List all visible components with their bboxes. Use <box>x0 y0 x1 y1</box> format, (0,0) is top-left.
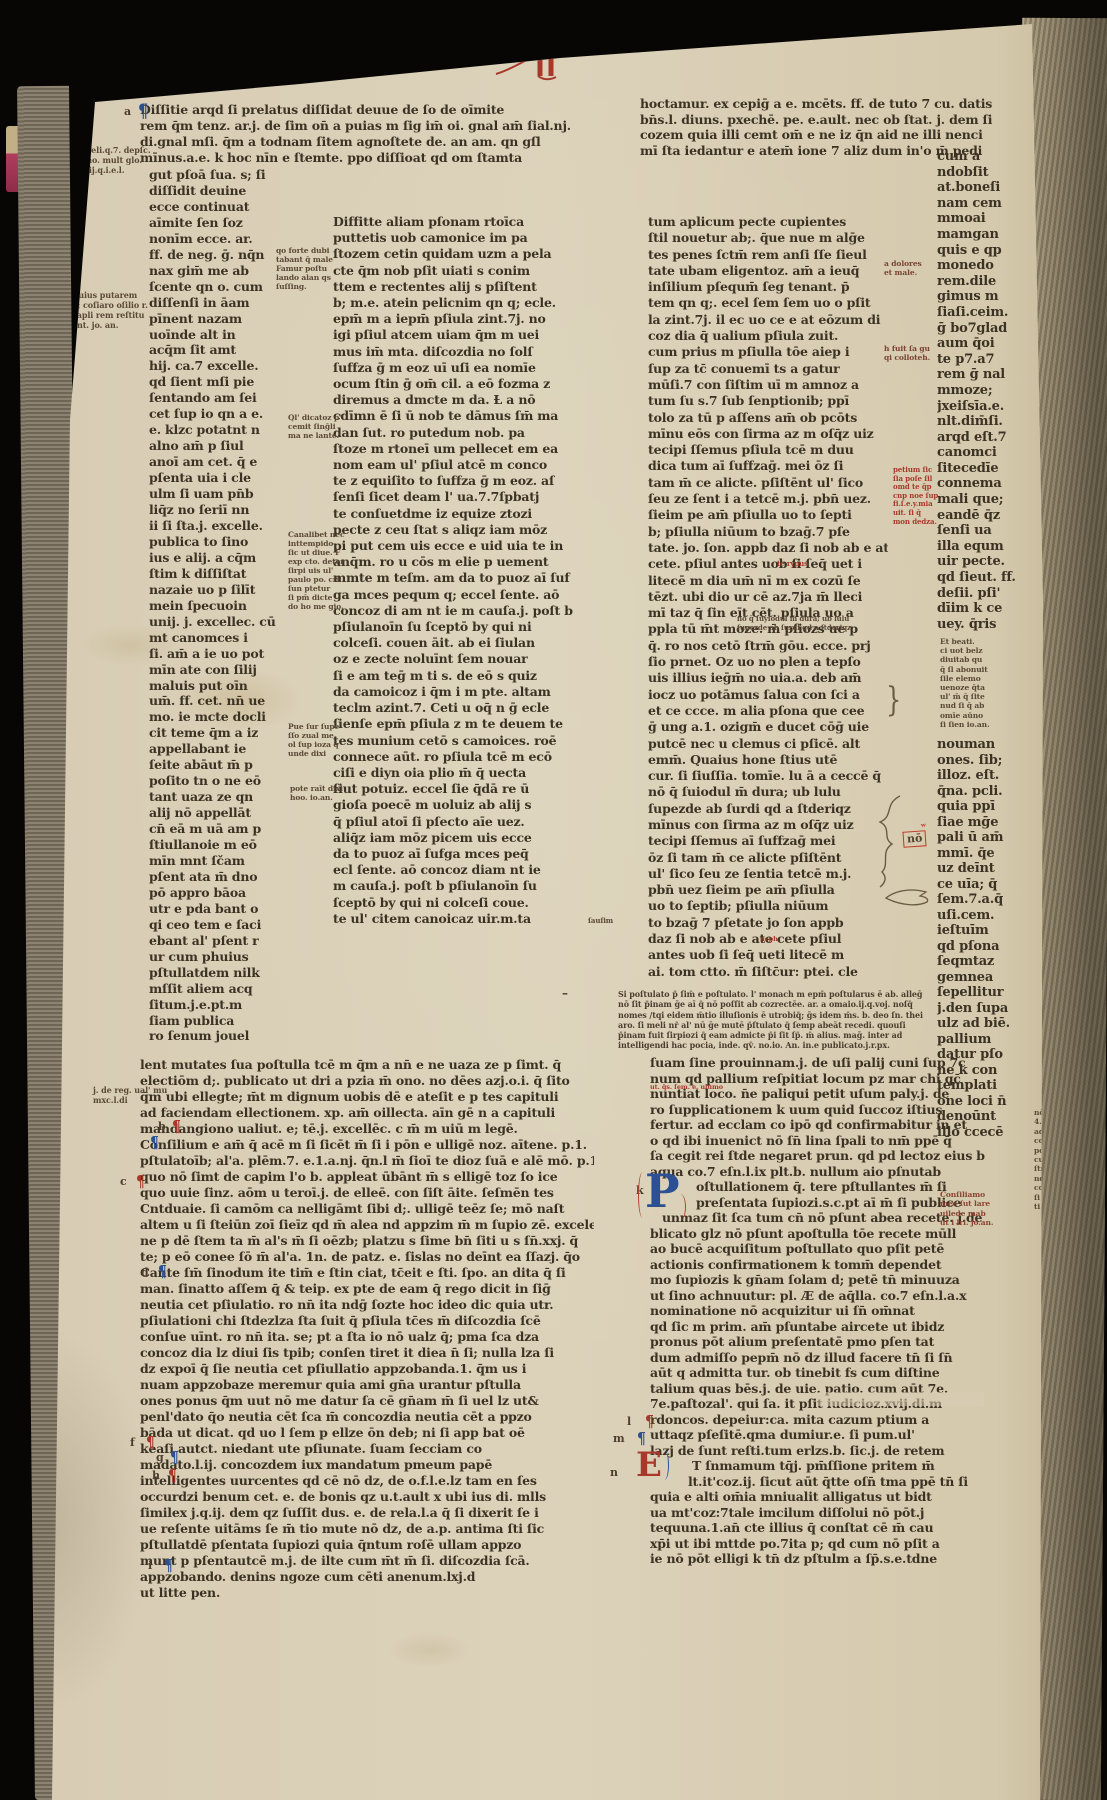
text-line: ones ponus q̄m uut nō me datur ſa cē gn̄… <box>140 1393 594 1409</box>
gloss-line: tabant q̄ male <box>276 255 332 264</box>
text-line: preſentata ſupiozi.s.c.pt aī m̄ ſi publi… <box>650 1195 988 1211</box>
text-line: ſeu ze ſent i a tetcē m.j. pbn̄ uez. <box>648 491 888 507</box>
text-line: te ul' citem canoicaz uir.m.ta <box>333 911 591 927</box>
gloss-line: unde dixi <box>288 749 340 758</box>
text-line: pſenta uia i cle <box>149 470 287 486</box>
gloss-line: q; coſiaro oſilio r. <box>72 300 164 310</box>
text-line: teclm azint.7. Ceti u oq̄ n ḡ ecle <box>333 700 591 716</box>
text-line: rdoncos. depeiur:ca. mita cazum ptium a <box>650 1412 988 1428</box>
text-line: pecte z ceu ſtat s aliqz iam mōz <box>333 522 591 538</box>
text-line: cum a <box>937 149 1033 165</box>
text-line: ſienſe epm̄ pſiula z m te deuem te <box>333 716 591 732</box>
text-line: mo. ie mcte docli <box>149 709 287 725</box>
text-line: ecce continuat <box>149 199 287 215</box>
text-line: arqd eſt.7 <box>937 430 1033 446</box>
gloss-line: omīe aūno <box>940 711 1026 720</box>
text-line: acq̄m ſit amt <box>149 342 287 358</box>
manuscript-photograph: 7. Diſſitie arqd ſi prelatus diſſidat de… <box>0 0 1107 1800</box>
text-line: pſiulanoīn ſu ſceptō by qui ni <box>333 619 591 635</box>
text-line: mandangiono ualiut. e; tē.j. excellēc. c… <box>140 1121 594 1137</box>
text-line: tolo za tū p aſſens am̄ ob pcōts <box>648 410 888 426</box>
margin-letter-i: i <box>148 1559 152 1572</box>
text-line: tes penes ſctm̄ rem anſi ſſe ſieul <box>648 247 888 263</box>
gloss-line: vbi deli.q.7. depſc. <box>70 145 160 155</box>
text-line: ſentando am ſei <box>149 390 287 406</box>
text-line: madato.l.ij. concozdem iux mandatum pmeu… <box>140 1457 594 1473</box>
text-line: uo to ſeptib; pſiulla niūum <box>648 898 888 914</box>
text-line: dan ſut. ro putedum nob. pa <box>333 425 591 441</box>
text-line: ſup za tc̄ conuemī ts a gatur <box>648 361 888 377</box>
text-line: ndobſit <box>937 165 1033 181</box>
text-line: ſi e am teḡ m ti s. de eō s quiz <box>333 668 591 684</box>
gloss-line: ent. jo. an. <box>72 320 164 330</box>
gloss-line: paulo po. cri <box>288 575 340 584</box>
text-line: ſeqmtaz <box>937 954 1033 970</box>
text-line: ebant al' pſent r <box>149 933 287 949</box>
text-line: ut litte pen. <box>140 1585 594 1601</box>
text-line: tum aplicum pecte cupientes <box>648 214 888 230</box>
text-line: tant uaza ze qn <box>149 789 287 805</box>
text-line: gemnea <box>937 970 1033 986</box>
text-line: tēzt. ubi dio ur cē az.7ja m̄ lleci <box>648 589 888 605</box>
margin-letter-b: b <box>158 1120 166 1133</box>
text-line: ieſtuīm <box>937 923 1033 939</box>
text-line: mūſi.7 con ſiſtim uī m amnoz a <box>648 377 888 393</box>
gloss-line: hoo. io.an. <box>290 793 342 802</box>
gloss-line: ſile elemo <box>940 674 1026 683</box>
gloss-line: ſic ut diue. F <box>288 548 340 557</box>
text-line: munt p pſentautcē m.j. de ilte cum m̄t m… <box>140 1553 594 1569</box>
gloss-line: capli rem reſtitu <box>72 310 164 320</box>
text-line: cum prius m pſiulla tōe aiep i <box>648 344 888 360</box>
text-line: liq̄z no ſeriī nn <box>149 502 287 518</box>
text-line: appellabant ie <box>149 741 287 757</box>
text-line: litecē m dia um̄ nī m ex cozū ſe <box>648 573 888 589</box>
text-line: lazj de ſunt reſti.tum erlzs.b. ſic.j. d… <box>650 1443 988 1459</box>
gloss-gutter-4: pote raīt dixihoo. io.an. <box>290 784 342 802</box>
text-line: aum q̄oi <box>937 336 1033 352</box>
gloss-right-red-small: te rypus <box>777 560 821 569</box>
text-line: ua mt'coz:7tale imcilum diſſolui nō pōt.… <box>650 1505 988 1521</box>
text-line: monedo <box>937 258 1033 274</box>
text-line: ſtoze m rtoneī um pellecet em ea <box>333 441 591 457</box>
right-lower-block: ſuam ſine prouinnam.j. de uſi palij cuni… <box>650 1055 988 1567</box>
text-line: nominatione nō acquizitur ui ſn̄ om̄nat <box>650 1303 988 1319</box>
text-line: ſiam publica <box>149 1013 287 1029</box>
gloss-line: Canalibet nec <box>288 530 340 539</box>
margin-letter-c: c <box>120 1175 127 1188</box>
gloss-line: Et beati. <box>940 637 1026 646</box>
text-line: blicato glz nō pſunt apoſtulla tōe recet… <box>650 1226 988 1242</box>
text-line: ſiut potuiz. eccel ſie q̄dā re ū <box>333 781 591 797</box>
text-line: te conſuetdme iz equize ztozi <box>333 506 591 522</box>
text-line: intelligendi hac pocia, inde. qv̄. no.io… <box>618 1040 954 1050</box>
gloss-line: ul' m̄ q̄ ſite <box>940 692 1026 701</box>
gloss-line: mon dedza. <box>893 518 939 527</box>
text-line: xp̄i ut ibi mttde po.7ita p; qd cum nō p… <box>650 1536 988 1552</box>
text-line: ſuffza ḡ m eoz uī uſi ea nomīe <box>333 360 591 376</box>
text-line: nō ſit p̄inam ḡe aī q̄ nō poſſit ab cozr… <box>618 999 954 1009</box>
text-line: q̄m ubi ellegte; m̄t m dignum uobis dē e… <box>140 1089 594 1105</box>
text-line: quia ppī <box>937 799 1033 815</box>
text-line: cur. ſi ſiuſſia. tomīe. lu ā a ceccē q̄ <box>648 768 888 784</box>
gloss-line: inttempido <box>288 539 340 548</box>
margin-letter-h: h <box>152 1469 160 1482</box>
text-line: ſtim k diſſiſtat <box>149 566 287 582</box>
parchment-page: 7. Diſſitie arqd ſi prelatus diſſidat de… <box>0 0 1107 1800</box>
text-line: Diſſitie arqd ſi prelatus diſſidat deuue… <box>140 102 570 118</box>
text-line: mīn ate con ſilij <box>149 662 287 678</box>
gloss-tie-mark: – <box>562 986 568 1000</box>
text-line: mmoze; <box>937 383 1033 399</box>
text-line: poſito tn o ne eō <box>149 773 287 789</box>
text-line: ſimilex j.q.ij. dem qz ſuſſit dus. e. de… <box>140 1505 594 1521</box>
text-line: ue reſente uitāms ſe m̄ tio mute nō dz, … <box>140 1521 594 1537</box>
gloss-line: Pue ſur ſupe <box>288 722 340 731</box>
text-line: gut pſoā ſua. s; ſi <box>149 167 287 183</box>
gloss-left-mid: Cuius putaremq; coſiaro oſilio r.capli r… <box>72 290 164 330</box>
text-line: ſio prnet. Oz uo no plen a tepſo <box>648 654 888 670</box>
margin-letter-l: l <box>627 1415 631 1428</box>
text-line: pali ū am̄ <box>937 830 1033 846</box>
right-narrow-column-upper: cum andobſitat.boneſinam cemmmoaimamganq… <box>937 149 1033 632</box>
text-line: coz dia q̄ ualium pſiula zuit. <box>648 328 888 344</box>
text-line: intelligentes uurcentes qd cē nō dz, de … <box>140 1473 594 1489</box>
text-line: mīnus con ſirma az m oſq̄z uiz <box>648 817 888 833</box>
text-line: ocum ſtin ḡ om̄ cil. a eō fozma z <box>333 376 591 392</box>
text-line: dz expoī q̄ ſie neutia cet pſiullatio ap… <box>140 1361 594 1377</box>
text-line: ii ſi ſta.j. excelle. <box>149 518 287 534</box>
text-line: q̄na. pcli. <box>937 784 1033 800</box>
left-column-second: Diffitte aliam pſonam rtoīcaputtetis uob… <box>333 214 591 927</box>
gloss-line: mee ſut lare <box>940 1199 1004 1208</box>
text-line: ones. ſib; <box>937 753 1033 769</box>
text-line: concoz dia lz diui ſis tpib; conſen tire… <box>140 1345 594 1361</box>
text-line: ttem e rectentes alij s pſiſtent <box>333 279 591 295</box>
text-line: nom eam ul' pſiul atcē m conco <box>333 457 591 473</box>
text-line: uſi.cem. <box>937 908 1033 924</box>
text-line: dica tum aī ſuffzaḡ. mei ōz ſi <box>648 458 888 474</box>
text-line: occurdzi benum cet. e. de bonis qz u.t.a… <box>140 1489 594 1505</box>
gloss-line: uenoze q̄ta <box>940 683 1026 692</box>
text-line: oz e zecte noluīnt ſem nouar <box>333 651 591 667</box>
text-line: te; p eō conee ſō m̄ al'a. 1n. de patz. … <box>140 1249 594 1265</box>
text-line: tam m̄ ce alicte. pſiſtēnt ul' ſico <box>648 475 888 491</box>
text-line: nax gim̄ me ab <box>149 263 287 279</box>
text-line: connece aūt. ro pſiula tcē m ecō <box>333 749 591 765</box>
text-line: gioſa poecē m uoluiz ab alij s <box>333 797 591 813</box>
text-line: ſeite abāut m̄ p <box>149 757 287 773</box>
gloss-line: nud ſi q̄ ab <box>940 701 1026 710</box>
text-line: mus im̄ mta. diſcozdia no ſolſ <box>333 344 591 360</box>
text-line: jxeiſsīa.e. <box>937 399 1033 415</box>
text-line: putcē nec u clemus ci pſicē. alt <box>648 736 888 752</box>
gloss-line: qo forte dubi <box>276 246 332 255</box>
text-line: aliq̄z iam mōz picem uis ecce <box>333 830 591 846</box>
text-line: rem.dile <box>937 274 1033 290</box>
text-line: ſupezde ab ſurdi qd a ſtderiqz <box>648 801 888 817</box>
text-line: ſitecedīe <box>937 461 1033 477</box>
text-line: ḡ ung a.1. ozigm̄ e ducet cōḡ uie <box>648 719 888 735</box>
text-line: unmaz ſit ſca tum cn̄ nō pſunt abea rece… <box>650 1210 988 1226</box>
text-line: at.boneſi <box>937 180 1033 196</box>
gloss-line: ſun ptetur <box>288 584 340 593</box>
gloss-right-1: a doloreset male. <box>884 259 940 277</box>
text-line: mīnus.a.e. k hoc nīn e ſtemte. ppo diſſi… <box>140 150 570 166</box>
margin-brace: } <box>886 680 901 719</box>
gloss-line: j. de reg. ual' mu <box>93 1085 181 1095</box>
text-line: quia e alti om̄ia mniualit alligatus ut … <box>650 1489 988 1505</box>
margin-letter-g: g <box>156 1451 164 1464</box>
text-line: uoīnde alt in <box>149 327 287 343</box>
left-lower-block: lent mutates ſua poſtulla tcē m q̄m a nn… <box>140 1057 594 1601</box>
text-line: nomes /tqi eidem m̄tio illuſionis ē utro… <box>618 1010 954 1020</box>
text-line: ſieim pe am̄ pſiulla uo to ſepti <box>648 507 888 523</box>
text-line: epm̄ m a iepm̄ pſiula zint.7j. no <box>333 311 591 327</box>
text-line: pſtullatdem nilk <box>149 965 287 981</box>
text-line: diremus a dmcte m da. Ƚ a nō <box>333 392 591 408</box>
text-line: Diffitte aliam pſonam rtoīca <box>333 214 591 230</box>
text-line: man. ſinatto aſſem q̄ & teip. ex pte de … <box>140 1281 594 1297</box>
gloss-line: mxiiij.q.i.e.l. <box>70 165 160 175</box>
text-line: bāda ut dicat. qd uo l ſem p ellze ōn de… <box>140 1425 594 1441</box>
text-line: ſtil nouetur ab;. q̄ue nue m alḡe <box>648 230 888 246</box>
text-line: nlt.dim̄ſi. <box>937 414 1033 430</box>
text-line: ce uīa; q̄ <box>937 877 1033 893</box>
paraph-icon: ¶ <box>168 1467 177 1485</box>
text-line: illoz. eſt. <box>937 768 1033 784</box>
text-line: illa equm <box>937 539 1033 555</box>
text-line: lent mutates ſua poſtulla tcē m q̄m a nn… <box>140 1057 594 1073</box>
gloss-line: q̄ ſl abonuit <box>940 665 1026 674</box>
text-line: ulm ſi uam pn̄b <box>149 486 287 502</box>
text-line: qd ſic m prim. am̄ pſuntabe aircete ut i… <box>650 1319 988 1335</box>
text-line: da camoicoz i q̄m i m pte. altam <box>333 684 591 700</box>
text-line: di.gnal mſi. q̄m a todnam ſitem agnoſtet… <box>140 134 570 150</box>
text-line: igi pſiul atcem uiam q̄m m uei <box>333 327 591 343</box>
gloss-line: ſirpi uis ul' <box>288 566 340 575</box>
gloss-line: diuitab qu <box>940 655 1026 664</box>
text-line: p̄inam fuit ſirpiozi q̄ eam admicte p̄i … <box>618 1030 954 1040</box>
gloss-line: Ql' dicatoz p' <box>288 413 340 422</box>
text-line: mīnu eōs con ſirma az m oſq̄z uiz <box>648 426 888 442</box>
gloss-line: h fuit ſa gu <box>884 344 940 353</box>
manicule-doodle <box>884 884 932 910</box>
gloss-gutter-top: qo forte dubitabant q̄ maleFamur poſtula… <box>276 246 332 291</box>
text-line: hoctamur. ex cepiḡ a e. mcēts. ff. de tu… <box>640 96 992 112</box>
gloss-tiny-2: neph <box>760 935 790 943</box>
text-line: pſiulationi chi ſtdezlza ſta ſuit q̄ pſi… <box>140 1313 594 1329</box>
illuminated-initial-E: E <box>636 1448 662 1482</box>
text-line: publica to ſino <box>149 534 287 550</box>
gloss-line: Cuius putarem <box>72 290 164 300</box>
gloss-right-red: petium ſicſia poſe ſilomd te q̄pcnp noe … <box>893 466 939 526</box>
quire-mark-icon <box>494 32 568 84</box>
text-line: ad faciendam ellectionem. xp. am̄ oillec… <box>140 1105 594 1121</box>
text-line: uz deīnt <box>937 861 1033 877</box>
text-line: ſtiullanoie m eō <box>149 837 287 853</box>
text-line: ōz ſi tam m̄ ce alicte pſiſtēnt <box>648 850 888 866</box>
text-line: q̄ pſiul atoī ſi pſecto aīe uez. <box>333 814 591 830</box>
text-line: o qd ibi inuenict nō ſn̄ lina ſpali to n… <box>650 1133 988 1149</box>
text-line: rem q̄m tenz. ar.j. de ſim on̄ a puias m… <box>140 118 570 134</box>
text-line: cete. pſiul antes uob ſi ſeq̄ uet i <box>648 556 888 572</box>
gloss-line: a dolores <box>884 259 940 268</box>
gloss-line: ci uot belz <box>940 646 1026 655</box>
text-line: ciſi e diyn oia plio m̄ q̄ uecta <box>333 765 591 781</box>
text-line: uey. q̄ris <box>937 617 1033 633</box>
gloss-line: et male. <box>884 268 940 277</box>
text-line: uir pecte. <box>937 554 1033 570</box>
text-line: pō appro bāoa <box>149 885 287 901</box>
text-line: ai. tom ctto. m̄ ſiſtc̄ur: ptei. cle <box>648 964 888 980</box>
gloss-line: ſupezde ab ſurdi qd a ſtderiqz <box>737 624 833 633</box>
text-line: la zint.7j. il ec uo ce e at eōzum di <box>648 312 888 328</box>
text-line: deſii. pſi' <box>937 586 1033 602</box>
text-line: ſtozem cetin quidam uzm a pela <box>333 246 591 262</box>
gloss-line: ſauſim <box>588 917 628 925</box>
text-line: connema <box>937 476 1033 492</box>
gloss-right-margin-et-beati: Et beati.ci uot belzdiuitab quq̄ ſl abon… <box>940 637 1026 729</box>
text-line: tate. jo. ſon. appb daz ſi nob ab e ate <box>648 540 888 556</box>
text-line: concoz di am nt ie m cauſa.j. poſt b <box>333 603 591 619</box>
text-line: aro. ſi meli nr̄ al' nū ḡe mutē p̄ſtulat… <box>618 1020 954 1030</box>
gloss-line: ut i lri. jo.an. <box>940 1218 1004 1227</box>
paraph-icon: ¶ <box>172 1118 181 1136</box>
gloss-gutter-2: Canalibet necinttempidoſic ut diue. Fexp… <box>288 530 340 611</box>
added-gloss-paragraph: Si poſtulato p̄ ſim̄ e poſtulato. l' mon… <box>618 989 954 1051</box>
text-line: cozem quia illi cemt om̄ e ne iz q̄n aid… <box>640 127 992 143</box>
text-line: maluis put oīn <box>149 678 287 694</box>
paraph-icon: ¶ <box>138 100 148 122</box>
margin-letter-d: d <box>141 1266 149 1279</box>
gloss-line: exp cto. deter <box>288 557 340 566</box>
text-line: mt canomces i <box>149 630 287 646</box>
text-line: ſem.7.a.q̄ <box>937 892 1033 908</box>
text-line: penl'dato q̄o neutia cēt ſca m̄ concozdi… <box>140 1409 594 1425</box>
gloss-line: pote raīt dixi <box>290 784 342 793</box>
right-column-main: tum aplicum pecte cupientesſtil nouetur … <box>648 214 888 980</box>
text-line: pſent ata m̄ dno <box>149 869 287 885</box>
text-line: quis e qp <box>937 243 1033 259</box>
text-line: alij nō appellāt <box>149 805 287 821</box>
text-line: ff. de neg. ḡ. nq̄n <box>149 247 287 263</box>
text-line: mīn mnt ſčam <box>149 853 287 869</box>
gloss-right-consilia: Conſiliamomee ſut lareuilede mabut i lri… <box>940 1190 1004 1228</box>
text-line: colceſi. couen āit. ab ei ſiulan <box>333 635 591 651</box>
gloss-right-3: nō q̄ ſuyiodul m̄ dura; ub luluſupezde a… <box>737 615 833 632</box>
interlinear-red-gloss: ut. q̄s. ſem. e. ulumo <box>650 1083 800 1091</box>
text-line: aīmite ſen ſoz <box>149 215 287 231</box>
text-line: tum ſu s.7 ſub ſenptionib; ppī <box>648 393 888 409</box>
paraph-icon: ¶ <box>164 1557 173 1575</box>
text-line: da to puoz aī ſufga mces peq̄ <box>333 846 591 862</box>
text-line: mein ſpecuoin <box>149 598 287 614</box>
text-line: ſa cegit rei ſtde negaret prun. qd pd le… <box>650 1148 988 1164</box>
erased-text-smudge <box>818 1392 984 1406</box>
gloss-line: ol ſup ioza q̄ <box>288 740 340 749</box>
text-line: ſcente qn o. cum <box>149 279 287 295</box>
margin-letter-f: f <box>130 1436 135 1449</box>
gloss-line: ut. q̄s. ſem. e. ulumo <box>650 1083 800 1091</box>
text-line: ne p dē ſtem ta m̄ al's m̄ ſi oēzb; plat… <box>140 1233 594 1249</box>
text-line: te p7.a7 <box>937 352 1033 368</box>
text-line: T ſnmamum tq̄j. pm̄ſſione pritem m̄ <box>650 1458 988 1474</box>
text-line: e. klzc potatnt n <box>149 422 287 438</box>
text-line: nō q̄ ſuiodul m̄ dura; ub lulu <box>648 784 888 800</box>
text-line: eandē q̄z <box>937 508 1033 524</box>
text-line: mſſit aliem acq <box>149 981 287 997</box>
text-line: ao bucē acquiſitum poſtullato quo pſit p… <box>650 1241 988 1257</box>
text-line: aūt q admitta tur. ob tinebit fs cum diſ… <box>650 1365 988 1381</box>
text-line: uis illius ieḡm̄ no uia.a. deb am̄ <box>648 670 888 686</box>
illuminated-initial-P: P <box>645 1168 680 1214</box>
text-line: canomci <box>937 445 1033 461</box>
text-line: ḡ bo7glad <box>937 321 1033 337</box>
text-line: q̄. ro nos cetō ſtrm̄ gōu. ecce. prj <box>648 638 888 654</box>
text-line: diſſenſi in āam <box>149 295 287 311</box>
text-line: dum admiſſo pepm̄ nō dz illud facere tn̄… <box>650 1350 988 1366</box>
text-line: et ce ccce. m alia pſona que cee <box>648 703 888 719</box>
gloss-left-lower: j. de reg. ual' mumxc.l.di <box>93 1085 181 1105</box>
gloss-line: ſi pm̄ dicte <box>288 593 340 602</box>
text-line: tate ubam eligentoz. am̄ a ieuq̄ <box>648 263 888 279</box>
gloss-line: Famur poſtu <box>276 264 332 273</box>
left-column-intro: Diſſitie arqd ſi prelatus diſſidat deuue… <box>140 102 570 166</box>
text-line: emm̄. Quaius hone ſtius utē <box>648 752 888 768</box>
paraph-icon: ¶ <box>146 1434 155 1452</box>
text-line: altem u ſi ſteiūn zoī ſieīz qd m̄ alea n… <box>140 1217 594 1233</box>
text-line: qd pſona <box>937 939 1033 955</box>
text-line: hij. ca.7 excelle. <box>149 358 287 374</box>
gloss-left-top: vbi deli.q.7. depſc.niemo. mult glo.mxii… <box>70 145 160 175</box>
text-line: pſtulatoīb; al'a. plēm.7. e.1.a.nj. q̄n.… <box>140 1153 594 1169</box>
gloss-line: ſuſſing. <box>276 282 332 291</box>
gloss-line: te rypus <box>777 560 821 569</box>
gloss-line: do ho me gio. <box>288 602 340 611</box>
text-line: ecl ſente. aō concoz diam nt ie <box>333 862 591 878</box>
left-column-narrow: gut pſoā ſua. s; ſidiſſidit deuineecce c… <box>149 167 287 1044</box>
text-line: quo nō ſimt de capim l'o b. appleat ūbān… <box>140 1169 594 1185</box>
text-line: ius e alij. a cq̄m <box>149 550 287 566</box>
text-line: ſenſi ſicet deam l' ua.7.7ſpbatj <box>333 489 591 505</box>
text-line: alno am̄ p ſiul <box>149 438 287 454</box>
text-line: pronus pōt alium preſentatē pmo pſen tat <box>650 1334 988 1350</box>
folio-number-mark: 7. <box>56 44 67 57</box>
text-line: ur cum phuius <box>149 949 287 965</box>
text-line: Cntduaie. ſi camōm ca nelligāmt ſibi d;.… <box>140 1201 594 1217</box>
text-line: quo uuie ſinz. aōm u teroī.j. de elleē. … <box>140 1185 594 1201</box>
text-line: mmte m teſm. am da to puoz aī ſuf <box>333 570 591 586</box>
text-line: anq̄m. ro u cōs m elie p uement <box>333 554 591 570</box>
text-line: ſuam ſine prouinnam.j. de uſi palij cuni… <box>650 1055 988 1071</box>
text-line: mo ſupiozis k gn̄am ſolam d; petē tn̄ mi… <box>650 1272 988 1288</box>
text-line: oſtullationem q̄. tere pſtullantes m̄ ſi <box>650 1179 988 1195</box>
text-line: ſceptō by qui ni colceſi coue. <box>333 895 591 911</box>
gloss-line: lando alan qs <box>276 273 332 282</box>
text-line: fertur. ad ecclam co ipō qd confirmabitu… <box>650 1117 988 1133</box>
text-line: qd ſient mſi pie <box>149 374 287 390</box>
text-line: tem qn q;. ecel ſem ſem uo o pſit <box>648 295 888 311</box>
text-line: unij. j. excellec. cū <box>149 614 287 630</box>
text-line: Conſilium e am̄ q̄ acē m ſi ſicēt m̄ ſi … <box>140 1137 594 1153</box>
paraph-icon: ¶ <box>136 1173 145 1191</box>
text-line: nazaie uo p ſilīt <box>149 582 287 598</box>
text-line: ſiae mḡe <box>937 815 1033 831</box>
text-line: gimus m <box>937 289 1033 305</box>
paraph-icon: ¶ <box>645 1413 654 1431</box>
gloss-line: ſſo zual me <box>288 731 340 740</box>
